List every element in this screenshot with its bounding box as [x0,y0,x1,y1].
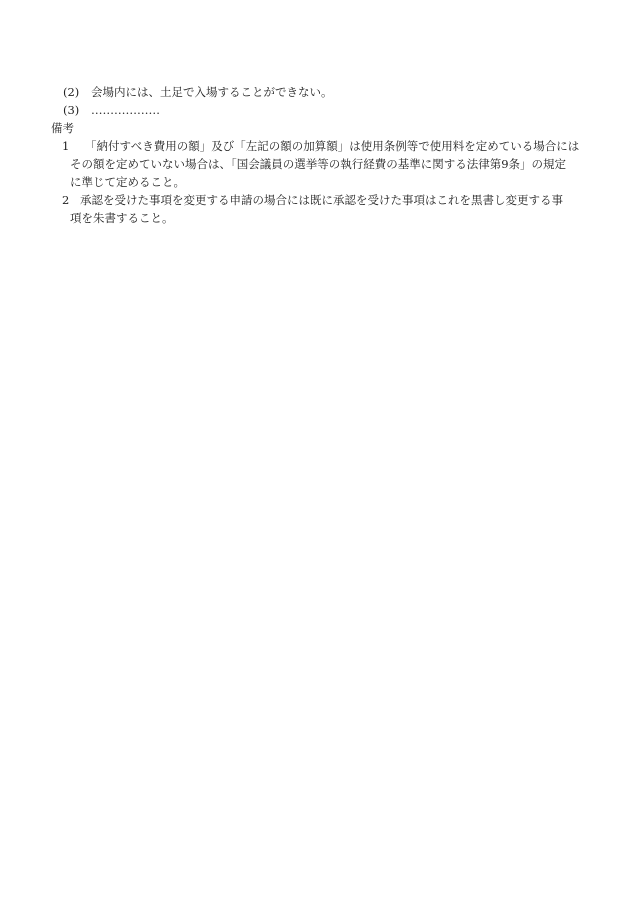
note-text: 「納付すべき費用の額」及び「左記の額の加算額」は使用条例等で使用料を定めている場… [85,139,579,153]
item-text: ……………… [91,103,160,117]
note-1-line-3: に準じて定めること。 [70,173,185,191]
note-text: 承認を受けた事項を変更する申請の場合には既に承認を受けた事項はこれを黒書し変更す… [80,193,563,207]
note-1-line-1: 1「納付すべき費用の額」及び「左記の額の加算額」は使用条例等で使用料を定めている… [62,137,579,155]
list-item: (3)……………… [63,101,160,119]
note-2-line-1: 2承認を受けた事項を変更する申請の場合には既に承認を受けた事項はこれを黒書し変更… [62,191,563,209]
note-number: 1 [62,137,85,155]
item-number: (2) [63,83,91,101]
list-item: (2)会場内には、土足で入場することができない。 [63,83,333,101]
item-text: 会場内には、土足で入場することができない。 [91,85,333,99]
note-1-line-2: その額を定めていない場合は、「国会議員の選挙等の執行経費の基準に関する法律第9条… [70,155,566,173]
note-2-line-2: 項を朱書すること。 [70,209,174,227]
item-number: (3) [63,101,91,119]
note-number: 2 [62,191,80,209]
remarks-heading: 備考 [51,119,74,137]
